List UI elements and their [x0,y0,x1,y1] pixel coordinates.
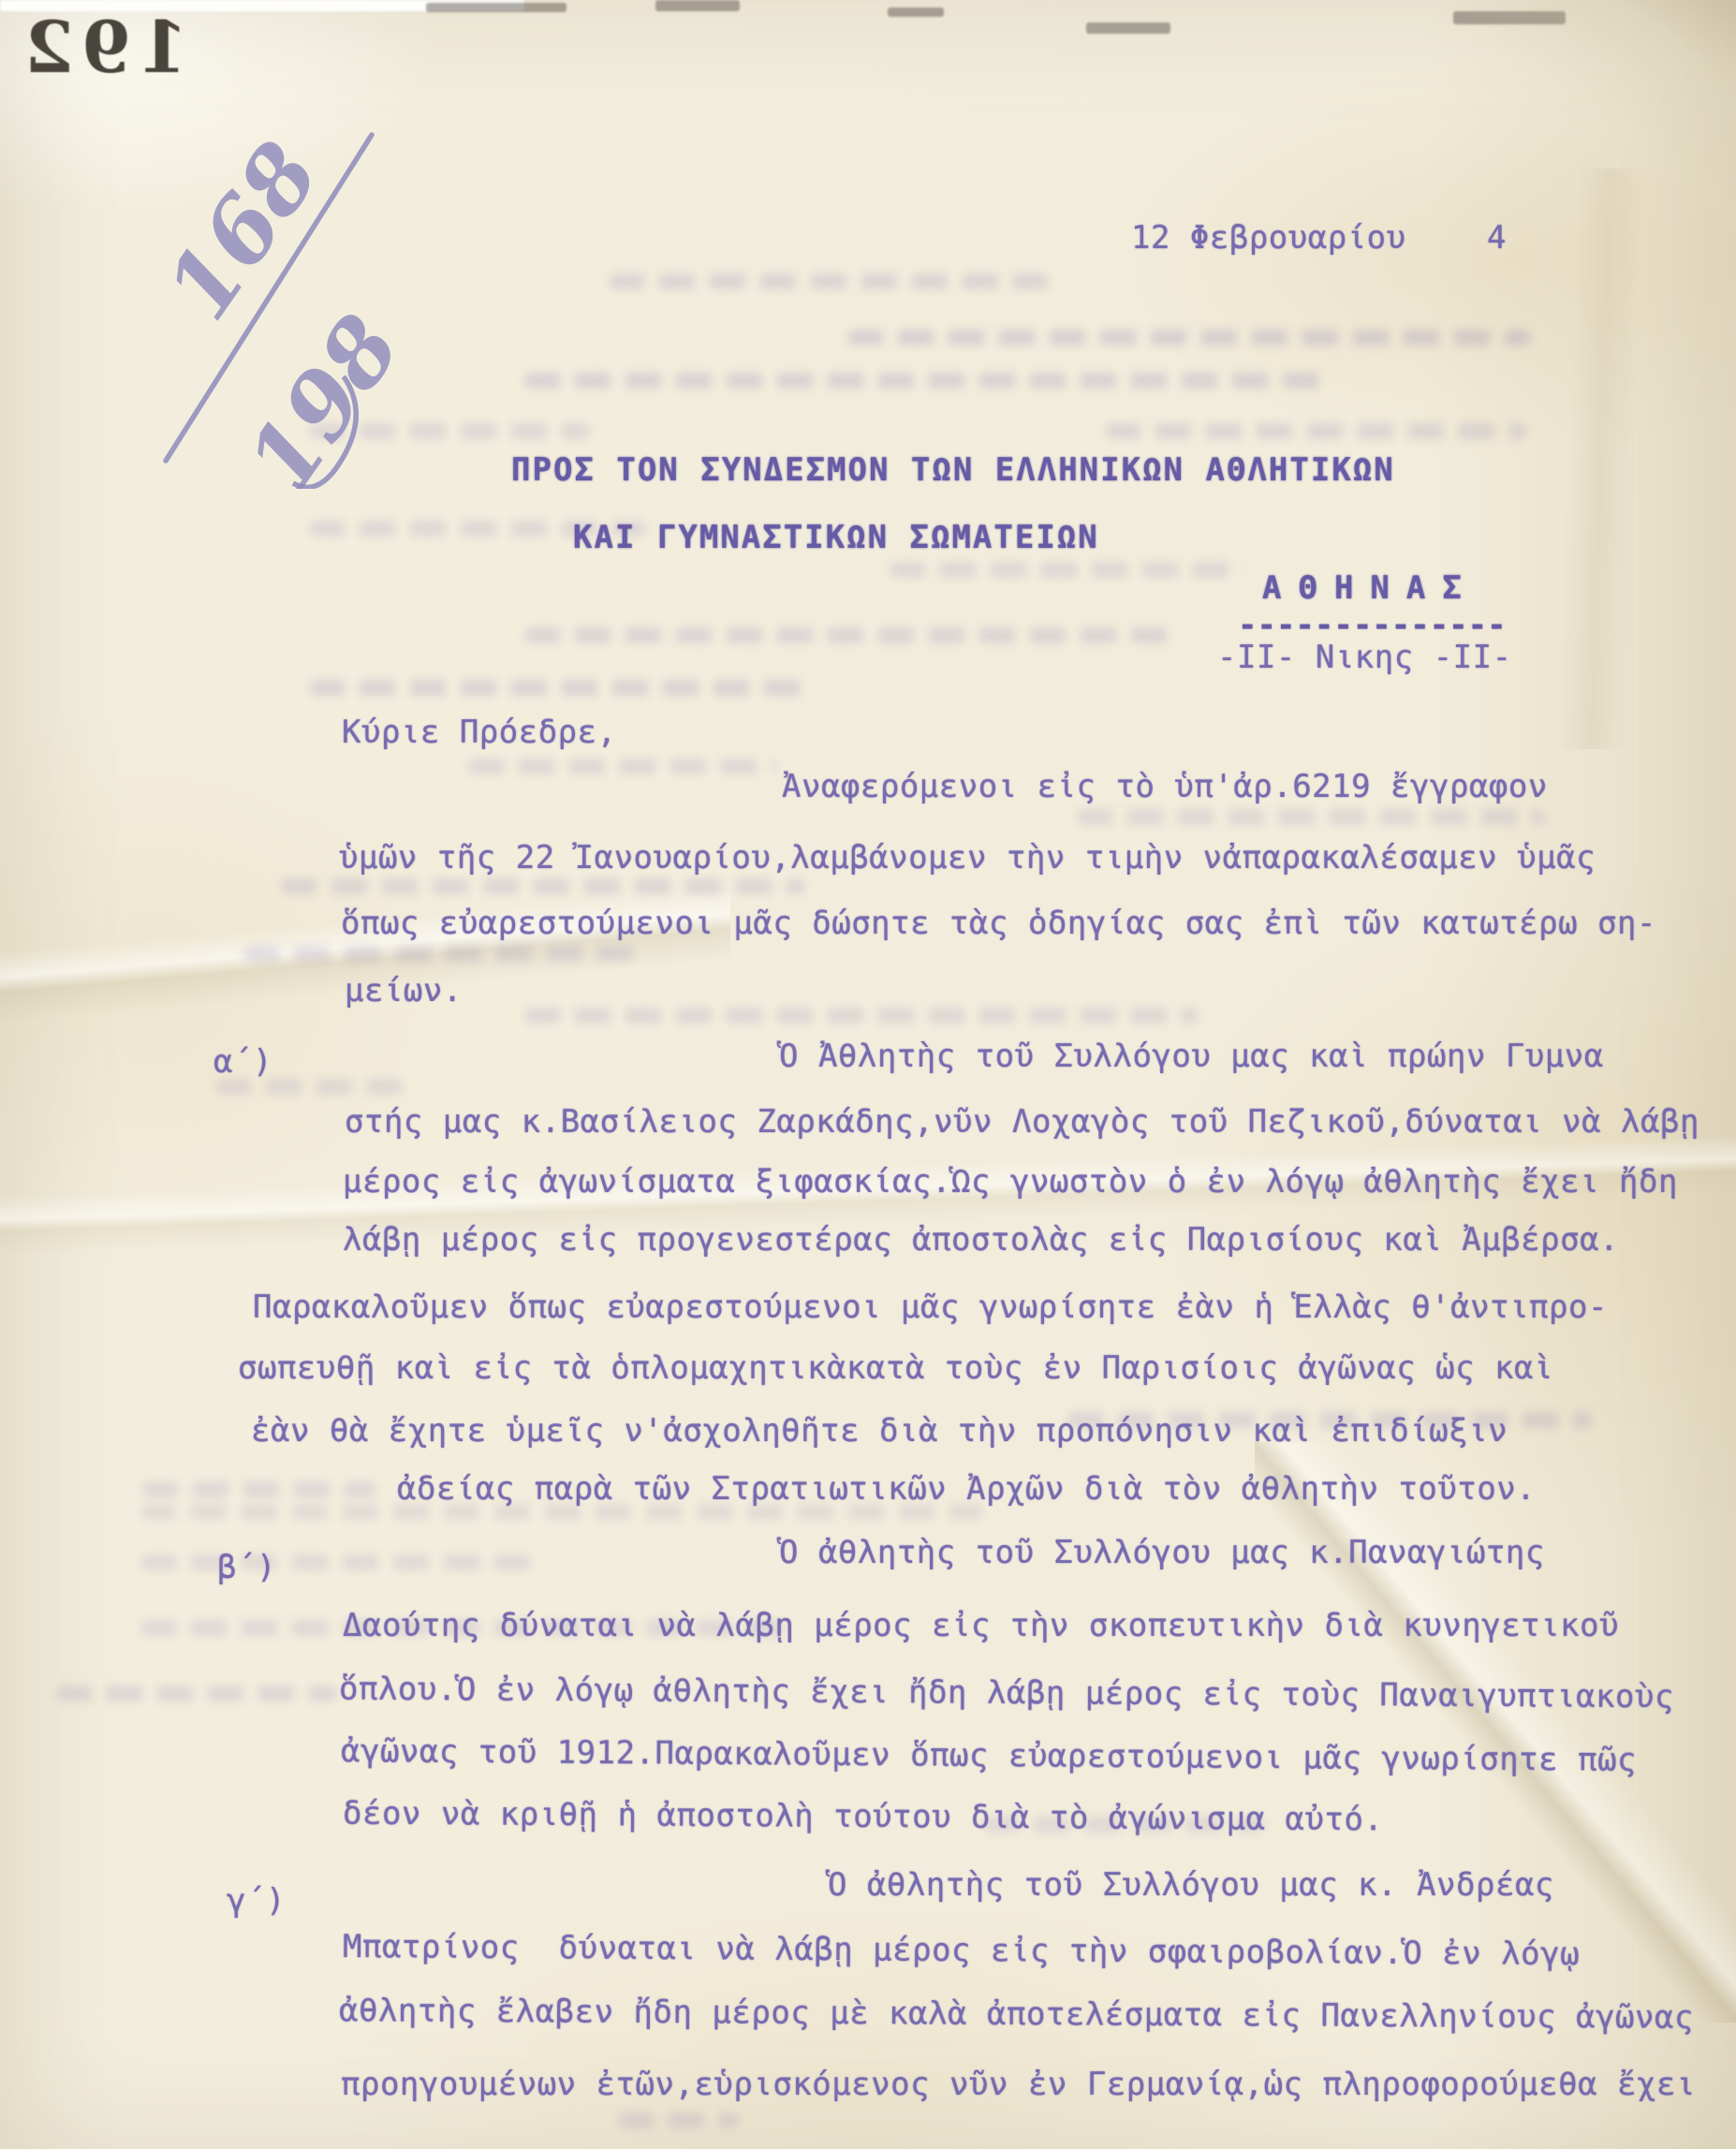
bleedthrough-text [309,680,815,696]
bleedthrough-text [524,373,1330,389]
typed-line: ἀδείας παρὰ τῶν Στρατιωτικῶν Ἀρχῶν διὰ τ… [397,1472,1536,1507]
scan-artifact [426,3,566,12]
bleedthrough-text [56,1685,337,1701]
bleedthrough-text [215,1079,403,1095]
bleedthrough-text [890,562,1245,578]
recipient-line-2: ΚΑΙ ΓΥΜΝΑΣΤΙΚΩΝ ΣΩΜΑΤΕΙΩΝ [573,521,1099,555]
bleedthrough-text [1105,423,1526,439]
typed-line: σωπευθῇ καὶ εἰς τὰ ὁπλομαχητικὰκατὰ τοὺς… [238,1351,1553,1386]
bleedthrough-text [609,273,1049,289]
scanned-letter-page: 192 168 198 12 Φεβρουαρίου 4 ΠΡΟΣ ΤΟΝ ΣΥ… [0,0,1736,2149]
bleedthrough-text [281,878,805,894]
typed-line: ὅπως εὐαρεστούμενοι μᾶς δώσητε τὰς ὁδηγί… [341,906,1656,941]
bleedthrough-text [847,330,1531,346]
typed-line: Μπατρίνος δύναται νὰ λάβῃ μέρος εἰς τὴν … [343,1930,1580,1972]
bleedthrough-text [243,946,637,962]
street-address: -ΙΙ- Νικης -ΙΙ- [1217,640,1512,675]
bleedthrough-text [140,1554,534,1570]
typed-line: Ὁ ἀθλητὴς τοῦ Συλλόγου μας κ. Ἀνδρέας [828,1868,1554,1903]
scan-artifact [888,7,944,17]
typed-line: μέρος εἰς ἀγωνίσματα ξιφασκίας.Ὡς γνωστὸ… [343,1165,1678,1200]
scan-artifact [1086,22,1170,34]
typed-line: Ὁ ἀθλητὴς τοῦ Συλλόγου μας κ.Παναγιώτης [779,1536,1545,1570]
bleedthrough-text [468,758,777,774]
typed-line: ἐὰν θὰ ἔχητε ὑμεῖς ν'ἀσχοληθῆτε διὰ τὴν … [251,1414,1508,1449]
scan-artifact [1453,11,1566,24]
handwritten-archival-number: 168 198 [108,86,426,489]
section-marker: γ´) [227,1884,286,1919]
typed-line: ὑμῶν τῆς 22 Ἰανουαρίου,λαμβάνομεν τὴν τι… [339,841,1596,876]
typed-line: Ἀναφερόμενοι εἰς τὸ ὑπ'ἀρ.6219 ἔγγραφον [782,770,1548,804]
typed-line: λάβῃ μέρος εἰς προγενεστέρας ἀποστολὰς ε… [343,1223,1619,1258]
section-marker: β´) [217,1551,276,1585]
section-marker: α´) [213,1045,272,1080]
typed-line: ἀγῶνας τοῦ 1912.Παρακαλοῦμεν ὅπως εὐαρεσ… [341,1734,1637,1778]
typed-line: Δαούτης δύναται νὰ λάβῃ μέρος εἰς τὴν σκ… [343,1609,1619,1643]
year-digit: 4 [1487,221,1507,256]
date: 12 Φεβρουαρίου [1131,221,1406,256]
bleedthrough-text [142,1481,376,1497]
typed-line: Ὁ Ἀθλητὴς τοῦ Συλλόγου μας καὶ πρώην Γυμ… [779,1039,1604,1074]
typed-line: προηγουμένων ἐτῶν,εὑρισκόμενος νῦν ἐν Γε… [341,2068,1696,2102]
recipient-city: ΑΘΗΝΑΣ [1262,571,1479,606]
typed-line: στής μας κ.Βασίλειος Ζαρκάδης,νῦν Λοχαγὸ… [345,1105,1699,1140]
typed-line: Παρακαλοῦμεν ὅπως εὐαρεστούμενοι μᾶς γνω… [253,1290,1608,1325]
fraction-denominator: 198 [227,297,421,489]
page-number-stamp: 192 [17,6,188,89]
bleedthrough-text [524,627,1180,643]
typed-line: μείων. [345,974,463,1008]
salutation: Κύριε Πρόεδρε, [342,715,617,750]
scan-artifact [655,0,740,11]
bleedthrough-text [1077,809,1545,825]
typed-line: ὅπλου.Ὁ ἐν λόγῳ ἀθλητὴς ἔχει ἤδη λάβῃ μέ… [339,1672,1674,1715]
paper-crease [1526,169,1676,749]
bleedthrough-text [618,2112,740,2128]
typed-line: δέον νὰ κριθῇ ἡ ἀποστολὴ τούτου διὰ τὸ ἀ… [343,1797,1384,1838]
typed-line: ἀθλητὴς ἔλαβεν ἤδη μέρος μὲ καλὰ ἀποτελέ… [339,1994,1694,2036]
recipient-line-1: ΠΡΟΣ ΤΟΝ ΣΥΝΔΕΣΜΟΝ ΤΩΝ ΕΛΛΗΝΙΚΩΝ ΑΘΛΗΤΙΚ… [511,453,1395,488]
bleedthrough-text [524,1008,1199,1023]
